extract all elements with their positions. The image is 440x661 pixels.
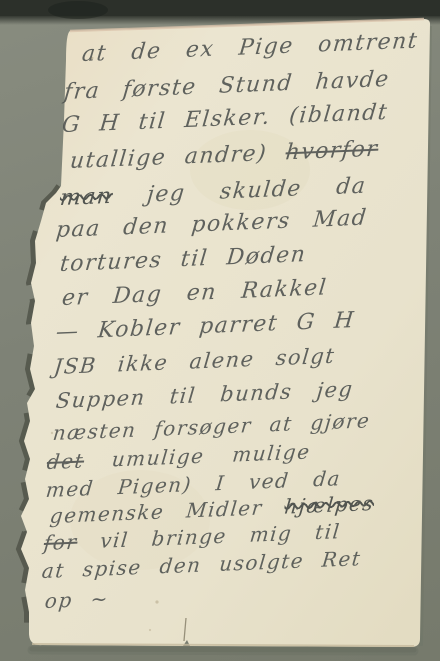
manuscript-paper [21, 19, 430, 647]
scan-photo [0, 0, 440, 661]
scanned-manuscript-photo: at de ex Pige omtrent fra første Stund h… [0, 0, 440, 661]
